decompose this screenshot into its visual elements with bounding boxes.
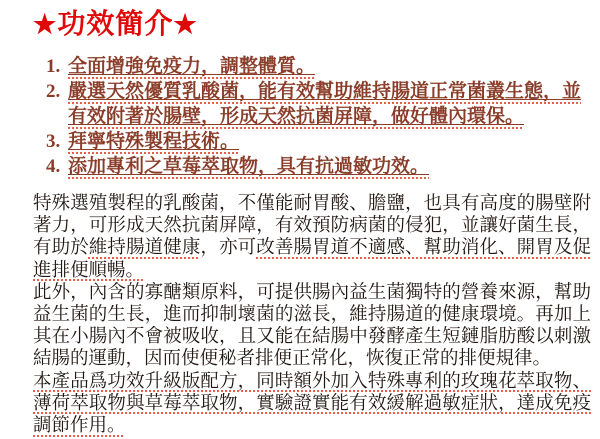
list-item-text: 全面增強免疫力，調整體質。 <box>68 54 591 79</box>
list-item: 2.嚴選天然優質乳酸菌，能有效幫助維持腸道正常菌叢生態，並有效附著於腸壁，形成天… <box>46 79 591 129</box>
text-segment: 此外，內含的寡醣類原料，可提供腸內益生菌獨特的營養來源，幫助益生菌的生長，進而抑… <box>33 283 591 370</box>
list-item-number: 2. <box>46 79 68 104</box>
list-item-text: 拜寧特殊製程技術。 <box>68 129 591 154</box>
star-icon: ★ <box>33 10 57 39</box>
list-item-number: 1. <box>46 54 68 79</box>
star-icon: ★ <box>173 10 197 39</box>
paragraph: 本產品爲功效升級版配方，同時額外加入特殊專利的玫瑰花萃取物、薄荷萃取物與草莓萃取… <box>33 371 591 438</box>
efficacy-list: 1.全面增強免疫力，調整體質。2.嚴選天然優質乳酸菌，能有效幫助維持腸道正常菌叢… <box>46 54 591 179</box>
list-item-number: 3. <box>46 129 68 154</box>
list-item-number: 4. <box>46 154 68 179</box>
underlined-phrase: 維持腸道健康 <box>89 238 201 258</box>
text-segment: ，亦可 <box>200 238 256 258</box>
page-title-text: 功效簡介 <box>57 9 173 40</box>
paragraph: 此外，內含的寡醣類原料，可提供腸內益生菌獨特的營養來源，幫助益生菌的生長，進而抑… <box>33 282 591 371</box>
document-page: ★功效簡介★ 1.全面增強免疫力，調整體質。2.嚴選天然優質乳酸菌，能有效幫助維… <box>0 0 600 439</box>
list-item-text-inner: 全面增強免疫力，調整體質。 <box>68 56 315 77</box>
list-item-text: 添加專利之草莓萃取物，具有抗過敏功效。 <box>68 154 591 179</box>
list-item: 1.全面增強免疫力，調整體質。 <box>46 54 591 79</box>
list-item: 3.拜寧特殊製程技術。 <box>46 129 591 154</box>
list-item-text-inner: 嚴選天然優質乳酸菌，能有效幫助維持腸道正常菌叢生態，並有效附著於腸壁，形成天然抗… <box>68 81 581 127</box>
body-paragraphs: 特殊選殖製程的乳酸菌，不僅能耐胃酸、膽鹽，也具有高度的腸壁附著力，可形成天然抗菌… <box>33 193 591 437</box>
list-item-text-inner: 拜寧特殊製程技術。 <box>68 131 239 152</box>
list-item-text-inner: 添加專利之草莓萃取物，具有抗過敏功效。 <box>68 156 429 177</box>
list-item: 4.添加專利之草莓萃取物，具有抗過敏功效。 <box>46 154 591 179</box>
paragraph: 特殊選殖製程的乳酸菌，不僅能耐胃酸、膽鹽，也具有高度的腸壁附著力，可形成天然抗菌… <box>33 193 591 282</box>
underlined-phrase: 本產品爲功效升級版配方，同時額外加入特殊專利的玫瑰花萃取物、薄荷萃取物與草莓萃取… <box>33 372 591 436</box>
list-item-text: 嚴選天然優質乳酸菌，能有效幫助維持腸道正常菌叢生態，並有效附著於腸壁，形成天然抗… <box>68 79 591 129</box>
page-title: ★功效簡介★ <box>33 8 198 42</box>
